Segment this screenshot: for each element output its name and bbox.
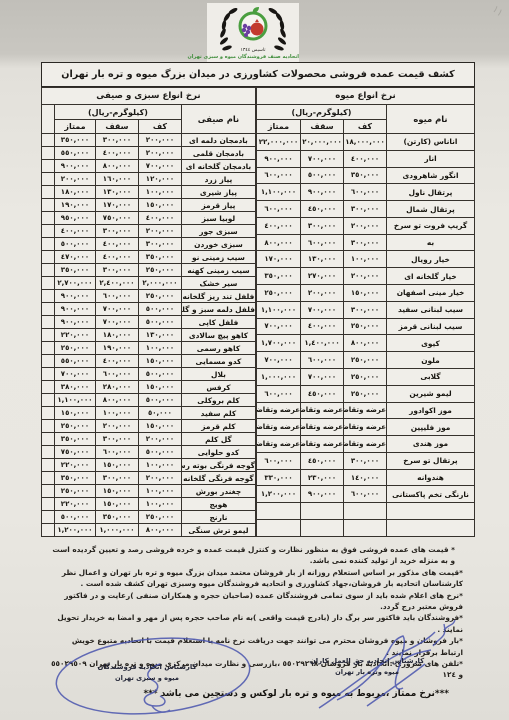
price-cell: ٣٥٠,٠٠٠	[138, 251, 181, 264]
price-cell: ٤٠٠,٠٠٠	[54, 225, 95, 238]
price-cell: ٥٥٠,٠٠٠	[54, 147, 95, 160]
price-cell: ١,٧٠٠,٠٠٠	[256, 335, 300, 352]
spacer-cell	[41, 199, 54, 212]
produce-name-cell: پیاز زرد	[181, 173, 255, 186]
price-cell: ٧٥٠,٠٠٠	[54, 446, 95, 459]
price-cell: ١,١٠٠,٠٠٠	[54, 394, 95, 407]
produce-name-cell: سبزی جور	[181, 225, 255, 238]
produce-name-cell: لیمو ترش سنگی	[181, 524, 255, 537]
price-cell: ٥٠٠,٠٠٠	[138, 446, 181, 459]
price-cell: ٤٥٠,٠٠٠	[301, 201, 344, 218]
price-cell: ١٨,٠٠٠,٠٠٠	[344, 134, 387, 151]
price-cell: ١٧٠,٠٠٠	[256, 251, 300, 268]
produce-name-cell: بادمجان گلخانه ای	[181, 160, 255, 173]
premium-grade-note: ***نرخ ممتاز ،مربوط به میوه و تره بار لو…	[47, 689, 449, 699]
produce-name-cell: پرتقال شمال	[387, 201, 475, 218]
price-cell	[256, 519, 300, 536]
price-cell: ١٠٠,٠٠٠	[138, 186, 181, 199]
spacer-cell	[41, 212, 54, 225]
produce-name-cell: گوجه فرنگی بوته رس	[181, 459, 255, 472]
spacer-cell	[41, 459, 54, 472]
veg-unit-header: (کیلوگرم-ریال)	[54, 105, 181, 120]
price-cell: ٣٠٠,٠٠٠	[344, 452, 387, 469]
table-row: لوبیا سبز٤٠٠,٠٠٠٧٥٠,٠٠٠٩٥٠,٠٠٠	[41, 212, 255, 225]
produce-name-cell: هویج	[181, 498, 255, 511]
table-row: لیمو شیرین٢٥٠,٠٠٠٤٥٠,٠٠٠٦٠٠,٠٠٠	[256, 385, 474, 402]
table-row: بادمجان گلخانه ای٧٠٠,٠٠٠٨٠٠,٠٠٠٩٠٠,٠٠٠	[41, 160, 255, 173]
price-cell: ١,٠٠٠,٠٠٠	[256, 368, 300, 385]
produce-name-cell: اناناس (کارتن)	[387, 134, 475, 151]
price-cell: ٣٠٠,٠٠٠	[301, 217, 344, 234]
fruit-section-header: نرخ انواع میوه	[256, 88, 474, 105]
produce-name-cell: گوجه فرنگی گلخانه	[181, 472, 255, 485]
price-cell: ٩٠٠,٠٠٠	[54, 290, 95, 303]
price-cell: عرضه وتقاضا	[344, 402, 387, 419]
price-cell: ٢٥٠,٠٠٠	[344, 385, 387, 402]
price-cell: عرضه وتقاضا	[344, 436, 387, 453]
right-signature-block: کارشناس اتحادیه حق العمل کاران میوه وتره…	[297, 656, 437, 677]
price-cell: ٢٠٠,٠٠٠	[344, 217, 387, 234]
table-row: کاهو رسمی١٠٠,٠٠٠١٩٠,٠٠٠٢٥٠,٠٠٠	[41, 342, 255, 355]
produce-name-cell	[387, 503, 475, 520]
spacer-cell	[41, 316, 54, 329]
table-row: انگور شاهرودی٣٥٠,٠٠٠٥٠٠,٠٠٠٦٠٠,٠٠٠	[256, 167, 474, 184]
price-cell: ٧٠٠,٠٠٠	[256, 352, 300, 369]
price-cell: ٢٥٠,٠٠٠	[54, 485, 95, 498]
price-cell: ٨٠٠,٠٠٠	[95, 160, 138, 173]
price-cell: ٢٢٠,٠٠٠	[54, 498, 95, 511]
price-cell: ٦٠٠,٠٠٠	[256, 167, 300, 184]
price-cell: ٢٠٠,٠٠٠	[138, 225, 181, 238]
logo-established-text: تاسیس ١٣٤٤	[240, 47, 266, 53]
produce-name-cell: کلم قرمز	[181, 420, 255, 433]
price-cell: ٩٠٠,٠٠٠	[54, 303, 95, 316]
table-row: گل کلم٢٠٠,٠٠٠٣٠٠,٠٠٠٣٥٠,٠٠٠	[41, 433, 255, 446]
price-cell: ٢٠٠,٠٠٠	[54, 173, 95, 186]
spacer-cell	[41, 524, 54, 537]
price-cell: ١٤٠,٠٠٠	[344, 469, 387, 486]
produce-name-cell: پرتقال ناول	[387, 184, 475, 201]
spacer-cell	[41, 407, 54, 420]
table-row: کدو مسمایی١٥٠,٠٠٠٤٠٠,٠٠٠٥٥٠,٠٠٠	[41, 355, 255, 368]
fruit-floor-header: کف	[344, 120, 387, 134]
produce-name-cell: خیار مینی اصفهان	[387, 285, 475, 302]
price-cell: ١٥٠,٠٠٠	[54, 407, 95, 420]
price-cell: ٦٠٠,٠٠٠	[301, 352, 344, 369]
table-row: فلفل تند ریز گلخانه٢٥٠,٠٠٠٦٠٠,٠٠٠٩٠٠,٠٠٠	[41, 290, 255, 303]
price-cell: ٢٠٠,٠٠٠	[138, 147, 181, 160]
price-cell: ٢٥٠,٠٠٠	[138, 264, 181, 277]
price-cell: ١,٤٠٠,٠٠٠	[301, 335, 344, 352]
spacer-cell	[41, 186, 54, 199]
produce-name-cell: بادمجان دلمه ای	[181, 134, 255, 147]
price-cell: ٩٠٠,٠٠٠	[54, 160, 95, 173]
price-cell: ٧٠٠,٠٠٠	[301, 150, 344, 167]
table-row: سیر خشک٢,٠٠٠,٠٠٠٢,٤٠٠,٠٠٠٢,٧٠٠,٠٠٠	[41, 277, 255, 290]
spacer-cell	[41, 329, 54, 342]
price-cell: ١٠٠,٠٠٠	[138, 342, 181, 355]
table-row: گریپ فروت تو سرخ٢٠٠,٠٠٠٣٠٠,٠٠٠٤٠٠,٠٠٠	[256, 217, 474, 234]
produce-name-cell: سبزی خوردن	[181, 238, 255, 251]
produce-name-cell: موز فلیپین	[387, 419, 475, 436]
produce-name-cell	[387, 519, 475, 536]
spacer-cell	[41, 472, 54, 485]
price-cell: ٢٨٠,٠٠٠	[95, 381, 138, 394]
price-cell: ٤٠٠,٠٠٠	[95, 147, 138, 160]
spacer-cell	[41, 277, 54, 290]
price-cell: ٦٠٠,٠٠٠	[344, 184, 387, 201]
price-cell: ٥٠٠,٠٠٠	[54, 238, 95, 251]
price-cell: ٥٠٠,٠٠٠	[138, 394, 181, 407]
price-cell: ٤٠٠,٠٠٠	[301, 318, 344, 335]
note-line: *نرخ های اعلام شده باید از سوی تمامی فرو…	[47, 590, 463, 613]
produce-name-cell: لوبیا سبز	[181, 212, 255, 225]
price-cell: ٣٠٠,٠٠٠	[95, 225, 138, 238]
price-cell: ١٧٠,٠٠٠	[95, 199, 138, 212]
price-cell: عرضه وتقاضا	[256, 402, 300, 419]
price-cell: ١٥٠,٠٠٠	[95, 485, 138, 498]
produce-name-cell: کرفس	[181, 381, 255, 394]
fruit-premium-header: ممتاز	[256, 120, 300, 134]
table-row: نارنگی تخم پاکستانی٦٠٠,٠٠٠٩٠٠,٠٠٠١,٢٠٠,٠…	[256, 486, 474, 503]
price-cell: ٢٠٠,٠٠٠	[138, 134, 181, 147]
price-cell: ٤٥٠,٠٠٠	[301, 452, 344, 469]
veg-spacer-column-header	[41, 105, 54, 134]
price-cell: ٢٥٠,٠٠٠	[344, 368, 387, 385]
price-cell	[344, 503, 387, 520]
association-logo: تاسیس ١٣٤٤ اتحادیه صنف فروشندگان میوه و …	[207, 3, 299, 62]
spacer-cell	[41, 433, 54, 446]
price-cell: ٧٠٠,٠٠٠	[301, 368, 344, 385]
produce-name-cell: کدو مسمایی	[181, 355, 255, 368]
table-row: سیب لبنانی قرمز٢٥٠,٠٠٠٤٠٠,٠٠٠٧٠٠,٠٠٠	[256, 318, 474, 335]
price-cell: ٦٠٠,٠٠٠	[95, 446, 138, 459]
price-cell: ٤٥٠,٠٠٠	[301, 385, 344, 402]
price-cell: ٤٠٠,٠٠٠	[95, 238, 138, 251]
table-row: فلفل کاپی٥٠٠,٠٠٠٧٠٠,٠٠٠٩٠٠,٠٠٠	[41, 316, 255, 329]
price-cell: ٣٥٠,٠٠٠	[344, 167, 387, 184]
vegetable-price-table: نرخ انواع سبزی و صیفی نام صیفی (کیلوگرم-…	[41, 87, 256, 537]
produce-name-cell: کلم سفید	[181, 407, 255, 420]
price-cell: ٢٥٠,٠٠٠	[256, 285, 300, 302]
price-cell: ٢٠٠,٠٠٠	[301, 285, 344, 302]
price-cell	[301, 503, 344, 520]
produce-name-cell: فلفل دلمه سبز و گلخانه	[181, 303, 255, 316]
produce-name-cell: کاهو پیچ سالادی	[181, 329, 255, 342]
spacer-cell	[41, 368, 54, 381]
table-row: پیاز شیری١٠٠,٠٠٠١٣٠,٠٠٠١٨٠,٠٠٠	[41, 186, 255, 199]
price-cell: ٤٠٠,٠٠٠	[95, 355, 138, 368]
produce-name-cell: سیب لبنانی قرمز	[387, 318, 475, 335]
table-row: نارنج٢٥٠,٠٠٠٣٥٠,٠٠٠٥٠٠,٠٠٠	[41, 511, 255, 524]
spacer-cell	[41, 134, 54, 147]
price-cell: ٥٠٠,٠٠٠	[138, 316, 181, 329]
price-cell: ٢٥٠,٠٠٠	[54, 420, 95, 433]
apple-icon	[240, 7, 266, 39]
price-cell: ٦٠٠,٠٠٠	[95, 290, 138, 303]
price-cell: ٢٢٠,٠٠٠	[54, 329, 95, 342]
table-row: پرتقال ناول٦٠٠,٠٠٠٩٠٠,٠٠٠١,١٠٠,٠٠٠	[256, 184, 474, 201]
price-cell: ١٣٠,٠٠٠	[95, 186, 138, 199]
spacer-cell	[41, 381, 54, 394]
price-cell: ٧٠٠,٠٠٠	[138, 160, 181, 173]
price-cell: ١٥٠,٠٠٠	[138, 420, 181, 433]
left-signature-title: کارشناس اتحادیه فروشندگان	[62, 662, 232, 673]
page-title: کشف قیمت عمده فروشی محصولات کشاورزی در م…	[41, 62, 475, 87]
produce-name-cell: گل کلم	[181, 433, 255, 446]
produce-name-cell: سیب زمینی نو	[181, 251, 255, 264]
price-cell: ١٣٠,٠٠٠	[138, 329, 181, 342]
produce-name-cell: کلم بروکلی	[181, 394, 255, 407]
table-row: بلال٥٠٠,٠٠٠٦٠٠,٠٠٠٧٠٠,٠٠٠	[41, 368, 255, 381]
price-cell: ١٨٠,٠٠٠	[95, 329, 138, 342]
scanned-price-document: { "page": { "title": "کشف قیمت عمده فروش…	[0, 0, 509, 720]
price-cell: ٢٣٠,٠٠٠	[301, 469, 344, 486]
table-row: ملون٢٥٠,٠٠٠٦٠٠,٠٠٠٧٠٠,٠٠٠	[256, 352, 474, 369]
price-cell: ١٨٠,٠٠٠	[54, 186, 95, 199]
table-row	[256, 519, 474, 536]
price-cell: ٥٥٠,٠٠٠	[54, 355, 95, 368]
price-cell: ٣٠٠,٠٠٠	[138, 238, 181, 251]
price-cell: ٢٢,٠٠٠,٠٠٠	[256, 134, 300, 151]
price-cell: ٣٣٠,٠٠٠	[256, 469, 300, 486]
price-cell: ٥٠٠,٠٠٠	[54, 511, 95, 524]
price-cell: ١,١٠٠,٠٠٠	[256, 301, 300, 318]
table-row: فلفل دلمه سبز و گلخانه٥٠٠,٠٠٠٧٠٠,٠٠٠٩٠٠,…	[41, 303, 255, 316]
price-cell: عرضه وتقاضا	[344, 419, 387, 436]
spacer-cell	[41, 147, 54, 160]
logo-org-name: اتحادیه صنف فروشندگان میوه و سبزی تهران	[207, 54, 299, 60]
table-row: موز فلیپینعرضه وتقاضاعرضه وتقاضاعرضه وتق…	[256, 419, 474, 436]
price-cell: ٧٠٠,٠٠٠	[54, 368, 95, 381]
price-cell: ١٥٠,٠٠٠	[95, 498, 138, 511]
produce-name-cell: فلفل تند ریز گلخانه	[181, 290, 255, 303]
table-row: بادمجان قلمی٢٠٠,٠٠٠٤٠٠,٠٠٠٥٥٠,٠٠٠	[41, 147, 255, 160]
price-list-document: کشف قیمت عمده فروشی محصولات کشاورزی در م…	[41, 62, 475, 699]
price-cell: ٧٥٠,٠٠٠	[95, 212, 138, 225]
price-cell: ٧٠٠,٠٠٠	[256, 318, 300, 335]
table-row: گوجه فرنگی بوته رس١٠٠,٠٠٠١٥٠,٠٠٠٢٢٠,٠٠٠	[41, 459, 255, 472]
price-cell: ٢٠٠,٠٠٠	[95, 420, 138, 433]
table-row: کیوی٨٠٠,٠٠٠١,٤٠٠,٠٠٠١,٧٠٠,٠٠٠	[256, 335, 474, 352]
spacer-cell	[41, 251, 54, 264]
price-cell: ٣٥٠,٠٠٠	[54, 264, 95, 277]
table-row: سبزی خوردن٣٠٠,٠٠٠٤٠٠,٠٠٠٥٠٠,٠٠٠	[41, 238, 255, 251]
price-cell: ٣٥٠,٠٠٠	[54, 472, 95, 485]
price-cell: ٩٥٠,٠٠٠	[54, 212, 95, 225]
price-cell	[344, 519, 387, 536]
price-cell: ٥٠٠,٠٠٠	[138, 303, 181, 316]
price-cell: ٦٠٠,٠٠٠	[256, 385, 300, 402]
price-cell: ٤٠٠,٠٠٠	[344, 150, 387, 167]
fruit-unit-header: (کیلوگرم-ریال)	[256, 105, 386, 120]
table-row: خیار گلخانه ای٢٠٠,٠٠٠٢٧٠,٠٠٠٣٥٠,٠٠٠	[256, 268, 474, 285]
produce-name-cell: انگور شاهرودی	[387, 167, 475, 184]
price-cell: ٣٥٠,٠٠٠	[256, 268, 300, 285]
table-row: موز اکوادورعرضه وتقاضاعرضه وتقاضاعرضه وت…	[256, 402, 474, 419]
price-cell: ١٢٠,٠٠٠	[138, 173, 181, 186]
price-cell: ٣٥٠,٠٠٠	[95, 511, 138, 524]
price-cell: ٧٠٠,٠٠٠	[95, 316, 138, 329]
price-cell: ١٠٠,٠٠٠	[95, 407, 138, 420]
wreath-apple-logo-icon: تاسیس ١٣٤٤	[215, 4, 291, 54]
produce-name-cell: لیمو شیرین	[387, 385, 475, 402]
table-row: چغندر بورش١٠٠,٠٠٠١٥٠,٠٠٠٢٥٠,٠٠٠	[41, 485, 255, 498]
produce-name-cell: خیار گلخانه ای	[387, 268, 475, 285]
produce-name-cell: کدو حلوایی	[181, 446, 255, 459]
price-cell: ٨٠٠,٠٠٠	[256, 234, 300, 251]
spacer-cell	[41, 498, 54, 511]
produce-name-cell: گریپ فروت تو سرخ	[387, 217, 475, 234]
table-row: اناناس (کارتن)١٨,٠٠٠,٠٠٠٢٠,٠٠٠,٠٠٠٢٢,٠٠٠…	[256, 134, 474, 151]
produce-name-cell: موز هندی	[387, 436, 475, 453]
veg-name-column-header: نام صیفی	[181, 105, 255, 134]
note-line: *قیمت های مذکور بر اساس استعلام روزانه ا…	[47, 567, 463, 590]
price-cell: ٢٢٠,٠٠٠	[54, 459, 95, 472]
price-cell: ٦٠٠,٠٠٠	[301, 234, 344, 251]
spacer-cell	[41, 303, 54, 316]
table-row: پیاز قرمز١٥٠,٠٠٠١٧٠,٠٠٠١٩٠,٠٠٠	[41, 199, 255, 212]
spacer-cell	[41, 446, 54, 459]
price-cell: ١,٠٠٠,٠٠٠	[95, 524, 138, 537]
price-cell: ١٩٠,٠٠٠	[54, 199, 95, 212]
table-row: کرفس١٥٠,٠٠٠٢٨٠,٠٠٠٣٨٠,٠٠٠	[41, 381, 255, 394]
table-row: پرتقال تو سرخ٣٠٠,٠٠٠٤٥٠,٠٠٠٦٠٠,٠٠٠	[256, 452, 474, 469]
table-row: بادمجان دلمه ای٢٠٠,٠٠٠٣٠٠,٠٠٠٣٥٠,٠٠٠	[41, 134, 255, 147]
spacer-cell	[41, 511, 54, 524]
spacer-cell	[41, 355, 54, 368]
price-cell: ٣٥٠,٠٠٠	[54, 433, 95, 446]
spacer-cell	[41, 173, 54, 186]
price-cell: عرضه وتقاضا	[256, 419, 300, 436]
price-cell: ٧٠٠,٠٠٠	[95, 303, 138, 316]
spacer-cell	[41, 225, 54, 238]
produce-name-cell: ملون	[387, 352, 475, 369]
spacer-cell	[41, 485, 54, 498]
fruit-ceiling-header: سقف	[301, 120, 344, 134]
produce-name-cell: پیاز شیری	[181, 186, 255, 199]
price-cell: ٤٠٠,٠٠٠	[95, 251, 138, 264]
table-row: خیار رویال١٠٠,٠٠٠١٣٠,٠٠٠١٧٠,٠٠٠	[256, 251, 474, 268]
price-cell: ١٠٠,٠٠٠	[138, 485, 181, 498]
price-cell: ٥٠٠,٠٠٠	[301, 167, 344, 184]
fruit-name-column-header: نام میوه	[387, 105, 475, 134]
price-cell: ٢٠٠,٠٠٠	[138, 472, 181, 485]
produce-name-cell: چغندر بورش	[181, 485, 255, 498]
fruit-price-table: نرخ انواع میوه نام میوه (کیلوگرم-ریال) ک…	[256, 87, 475, 537]
price-cell: ٤٠٠,٠٠٠	[138, 212, 181, 225]
table-row: سبزی جور٢٠٠,٠٠٠٣٠٠,٠٠٠٤٠٠,٠٠٠	[41, 225, 255, 238]
price-cell: ٦٠٠,٠٠٠	[344, 486, 387, 503]
price-cell: ٣٠٠,٠٠٠	[95, 433, 138, 446]
produce-name-cell: به	[387, 234, 475, 251]
spacer-cell	[41, 264, 54, 277]
price-cell: ٩٠٠,٠٠٠	[256, 150, 300, 167]
price-cell: ١٥٠,٠٠٠	[344, 285, 387, 302]
price-cell: عرضه وتقاضا	[256, 436, 300, 453]
price-cell: ٢٧٠,٠٠٠	[301, 268, 344, 285]
spacer-cell	[41, 420, 54, 433]
price-cell: ٣٥٠,٠٠٠	[54, 134, 95, 147]
produce-name-cell: بادمجان قلمی	[181, 147, 255, 160]
table-row: هندوانه١٤٠,٠٠٠٢٣٠,٠٠٠٣٣٠,٠٠٠	[256, 469, 474, 486]
price-cell: ٦٠٠,٠٠٠	[95, 368, 138, 381]
price-cell: ٤٧٠,٠٠٠	[54, 251, 95, 264]
table-row: گلابی٢٥٠,٠٠٠٧٠٠,٠٠٠١,٠٠٠,٠٠٠	[256, 368, 474, 385]
price-cell: ٧٠٠,٠٠٠	[301, 301, 344, 318]
left-signature-subtitle: میوه و سبزی تهران	[62, 673, 232, 683]
price-cell: ٩٠٠,٠٠٠	[54, 316, 95, 329]
price-tables: نرخ انواع میوه نام میوه (کیلوگرم-ریال) ک…	[43, 87, 475, 537]
spacer-cell	[41, 342, 54, 355]
price-cell: عرضه وتقاضا	[301, 436, 344, 453]
price-cell: ٢٠٠,٠٠٠	[344, 268, 387, 285]
price-cell: ٣٨٠,٠٠٠	[54, 381, 95, 394]
produce-name-cell: کاهو رسمی	[181, 342, 255, 355]
price-cell: ١,٢٠٠,٠٠٠	[54, 524, 95, 537]
price-cell: ٥٠,٠٠٠	[138, 407, 181, 420]
table-row: سیب لبنانی سفید٣٠٠,٠٠٠٧٠٠,٠٠٠١,١٠٠,٠٠٠	[256, 301, 474, 318]
produce-name-cell: فلفل کاپی	[181, 316, 255, 329]
price-cell: ٣٠٠,٠٠٠	[344, 234, 387, 251]
price-cell: ١٠٠,٠٠٠	[138, 459, 181, 472]
price-cell: ١٦٠,٠٠٠	[95, 173, 138, 186]
table-row: پرتقال شمال٣٠٠,٠٠٠٤٥٠,٠٠٠٦٠٠,٠٠٠	[256, 201, 474, 218]
price-cell: ١,٢٠٠,٠٠٠	[256, 486, 300, 503]
produce-name-cell: پرتقال تو سرخ	[387, 452, 475, 469]
produce-name-cell: هندوانه	[387, 469, 475, 486]
table-row: کلم قرمز١٥٠,٠٠٠٢٠٠,٠٠٠٢٥٠,٠٠٠	[41, 420, 255, 433]
produce-name-cell: سیب زمینی کهنه	[181, 264, 255, 277]
price-cell: ٥٠٠,٠٠٠	[138, 368, 181, 381]
price-cell: ٢٥٠,٠٠٠	[138, 511, 181, 524]
veg-premium-header: ممتاز	[54, 120, 95, 134]
note-line: * قیمت های عمده فروشی فوق به منظور نظارت…	[47, 544, 463, 567]
left-signature-block: کارشناس اتحادیه فروشندگان میوه و سبزی ته…	[62, 662, 232, 683]
spacer-cell	[41, 394, 54, 407]
price-cell: ٣٠٠,٠٠٠	[344, 201, 387, 218]
price-cell: ١,١٠٠,٠٠٠	[256, 184, 300, 201]
price-cell: ١٥٠,٠٠٠	[138, 381, 181, 394]
produce-name-cell: موز اکوادور	[387, 402, 475, 419]
veg-ceiling-header: سقف	[95, 120, 138, 134]
produce-name-cell: سیر خشک	[181, 277, 255, 290]
produce-name-cell: سیب لبنانی سفید	[387, 301, 475, 318]
price-cell	[256, 503, 300, 520]
spacer-cell	[41, 160, 54, 173]
table-row: کاهو پیچ سالادی١٣٠,٠٠٠١٨٠,٠٠٠٢٢٠,٠٠٠	[41, 329, 255, 342]
table-row: گوجه فرنگی گلخانه٢٠٠,٠٠٠٣٠٠,٠٠٠٣٥٠,٠٠٠	[41, 472, 255, 485]
produce-name-cell: نارنگی تخم پاکستانی	[387, 486, 475, 503]
produce-name-cell: کیوی	[387, 335, 475, 352]
price-cell: ٣٠٠,٠٠٠	[95, 264, 138, 277]
price-cell: ٣٠٠,٠٠٠	[95, 472, 138, 485]
price-cell: ١٠٠,٠٠٠	[344, 251, 387, 268]
note-line: *فروشندگان باید فاکتور سر برگ دار (بادرج…	[47, 612, 463, 635]
price-cell: ٣٠٠,٠٠٠	[95, 134, 138, 147]
price-cell: ١٣٠,٠٠٠	[301, 251, 344, 268]
price-cell: ٨٠٠,٠٠٠	[138, 524, 181, 537]
table-row: خیار مینی اصفهان١٥٠,٠٠٠٢٠٠,٠٠٠٢٥٠,٠٠٠	[256, 285, 474, 302]
produce-name-cell: بلال	[181, 368, 255, 381]
price-cell: ٢٥٠,٠٠٠	[344, 318, 387, 335]
price-cell: ٤٠٠,٠٠٠	[256, 217, 300, 234]
price-cell: عرضه وتقاضا	[301, 402, 344, 419]
table-row	[256, 503, 474, 520]
price-cell: ٣٠٠,٠٠٠	[344, 301, 387, 318]
produce-name-cell: گلابی	[387, 368, 475, 385]
price-cell: ٢٠٠,٠٠٠	[138, 433, 181, 446]
